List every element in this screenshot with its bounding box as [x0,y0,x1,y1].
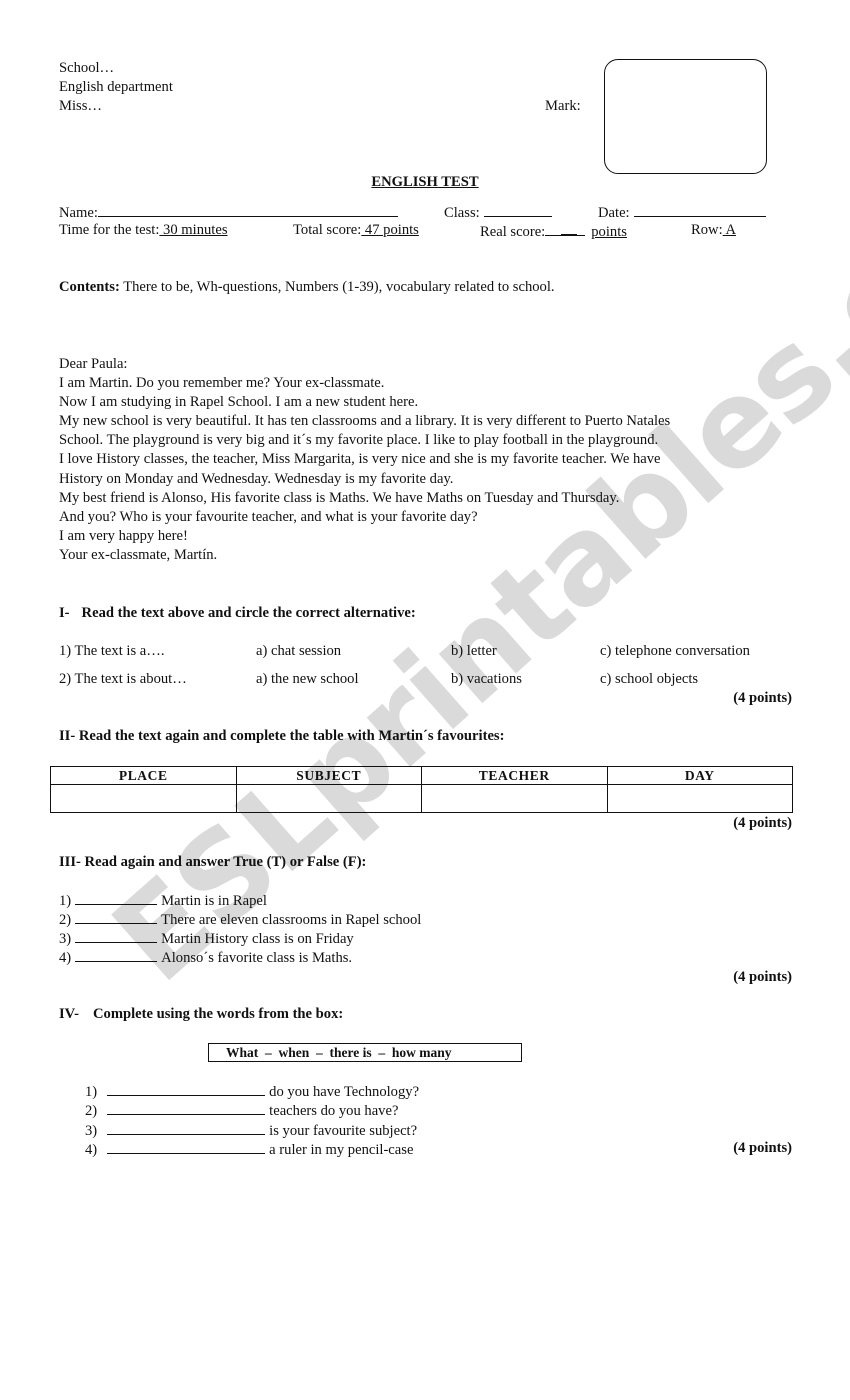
answer-blank[interactable] [107,1139,265,1154]
question-1-option-b[interactable]: b) letter [451,642,497,661]
name-label: Name: [59,205,98,221]
name-field[interactable]: Name: [59,202,398,223]
date-label: Date: [598,205,630,221]
column-header-teacher: TEACHER [422,767,608,785]
item-number: 2) [85,1103,97,1119]
school-name: School… [59,59,114,78]
answer-blank[interactable] [107,1081,265,1096]
section-3-heading: III- Read again and answer True (T) or F… [59,853,366,872]
letter-line: My new school is very beautiful. It has … [59,412,670,431]
row-label: Row: [691,222,723,238]
contents: Contents: There to be, Wh-questions, Num… [59,278,555,297]
page-title: ENGLISH TEST [0,174,850,191]
item-number: 4) [85,1142,97,1158]
true-false-item: 2)There are eleven classrooms in Rapel s… [59,909,421,930]
letter-line: I am Martin. Do you remember me? Your ex… [59,374,670,393]
time-value: 30 minutes [159,222,227,238]
item-number: 1) [85,1084,97,1100]
answer-cell-place[interactable] [51,785,237,813]
item-text: Martin History class is on Friday [161,931,354,947]
fill-in-item: 2)teachers do you have? [85,1100,398,1121]
section-4-heading: IV-Complete using the words from the box… [59,1005,343,1024]
item-number: 1) [59,893,71,909]
letter-line: History on Monday and Wednesday. Wednesd… [59,470,670,489]
column-header-place: PLACE [51,767,237,785]
true-false-item: 4)Alonso´s favorite class is Maths. [59,947,352,968]
teacher-name: Miss… [59,97,102,116]
answer-cell-day[interactable] [607,785,793,813]
word-box: What – when – there is – how many [208,1043,522,1062]
real-score-field[interactable]: Real score:points [480,221,627,242]
answer-blank[interactable] [107,1120,265,1135]
mark-label: Mark: [545,97,581,116]
class-blank[interactable] [484,202,552,217]
item-text: Alonso´s favorite class is Maths. [161,950,352,966]
question-1-prompt: 1) The text is a…. [59,642,165,661]
answer-cell-teacher[interactable] [422,785,608,813]
letter-line: My best friend is Alonso, His favorite c… [59,489,670,508]
column-header-day: DAY [607,767,793,785]
letter-line: Now I am studying in Rapel School. I am … [59,393,670,412]
real-score-label: Real score: [480,224,545,240]
total-score-label: Total score: [293,222,361,238]
letter-line: Your ex-classmate, Martín. [59,546,670,565]
item-number: 3) [59,931,71,947]
letter-line: School. The playground is very big and i… [59,431,670,450]
mark-box[interactable] [604,59,767,174]
time-label: Time for the test: [59,222,159,238]
question-2-option-b[interactable]: b) vacations [451,670,522,689]
answer-blank[interactable] [75,947,157,962]
letter-line: I am very happy here! [59,527,670,546]
class-label: Class: [444,205,480,221]
section-4-title: Complete using the words from the box: [93,1006,343,1022]
item-text: is your favourite subject? [269,1123,417,1139]
total-score-info: Total score: 47 points [293,221,419,240]
row-value: A [723,222,736,238]
item-number: 2) [59,912,71,928]
item-text: Martin is in Rapel [161,893,267,909]
section-3-points: (4 points) [733,968,792,987]
answer-blank[interactable] [107,1100,265,1115]
item-text: a ruler in my pencil-case [269,1142,413,1158]
column-header-subject: SUBJECT [236,767,422,785]
row-info: Row: A [691,221,736,240]
question-2-option-a[interactable]: a) the new school [256,670,359,689]
real-score-blank[interactable] [545,221,585,236]
true-false-item: 1)Martin is in Rapel [59,890,267,911]
item-text: There are eleven classrooms in Rapel sch… [161,912,421,928]
contents-label: Contents: [59,279,120,295]
true-false-item: 3)Martin History class is on Friday [59,928,354,949]
letter-line: And you? Who is your favourite teacher, … [59,508,670,527]
question-1-option-a[interactable]: a) chat session [256,642,341,661]
time-info: Time for the test: 30 minutes [59,221,228,240]
date-field[interactable]: Date: [598,202,766,223]
answer-blank[interactable] [75,890,157,905]
fill-in-item: 4)a ruler in my pencil-case [85,1139,413,1160]
item-text: teachers do you have? [269,1103,398,1119]
section-1-title: Read the text above and circle the corre… [82,605,416,621]
letter-line: Dear Paula: [59,355,670,374]
fill-in-item: 3)is your favourite subject? [85,1120,417,1141]
contents-text: There to be, Wh-questions, Numbers (1-39… [120,279,555,295]
item-number: 4) [59,950,71,966]
item-text: do you have Technology? [269,1084,419,1100]
question-1-option-c[interactable]: c) telephone conversation [600,642,750,661]
answer-cell-subject[interactable] [236,785,422,813]
item-number: 3) [85,1123,97,1139]
name-blank[interactable] [98,202,398,217]
favourites-table: PLACE SUBJECT TEACHER DAY [50,766,793,813]
answer-blank[interactable] [75,909,157,924]
total-score-value: 47 points [361,222,419,238]
question-2-option-c[interactable]: c) school objects [600,670,698,689]
section-4-points: (4 points) [733,1139,792,1158]
section-1-points: (4 points) [733,689,792,708]
department: English department [59,78,173,97]
question-2-prompt: 2) The text is about… [59,670,187,689]
section-4-number: IV- [59,1006,79,1022]
letter-line: I love History classes, the teacher, Mis… [59,450,670,469]
word-box-text: What – when – there is – how many [226,1044,452,1061]
section-1-number: I- [59,605,70,621]
answer-blank[interactable] [75,928,157,943]
real-score-unit: points [591,224,627,240]
fill-in-item: 1)do you have Technology? [85,1081,419,1102]
section-1-heading: I-Read the text above and circle the cor… [59,604,416,623]
section-2-points: (4 points) [733,814,792,833]
class-field[interactable]: Class: [444,202,552,223]
letter-text: Dear Paula: I am Martin. Do you remember… [59,355,670,565]
date-blank[interactable] [634,202,766,217]
section-2-heading: II- Read the text again and complete the… [59,727,504,746]
